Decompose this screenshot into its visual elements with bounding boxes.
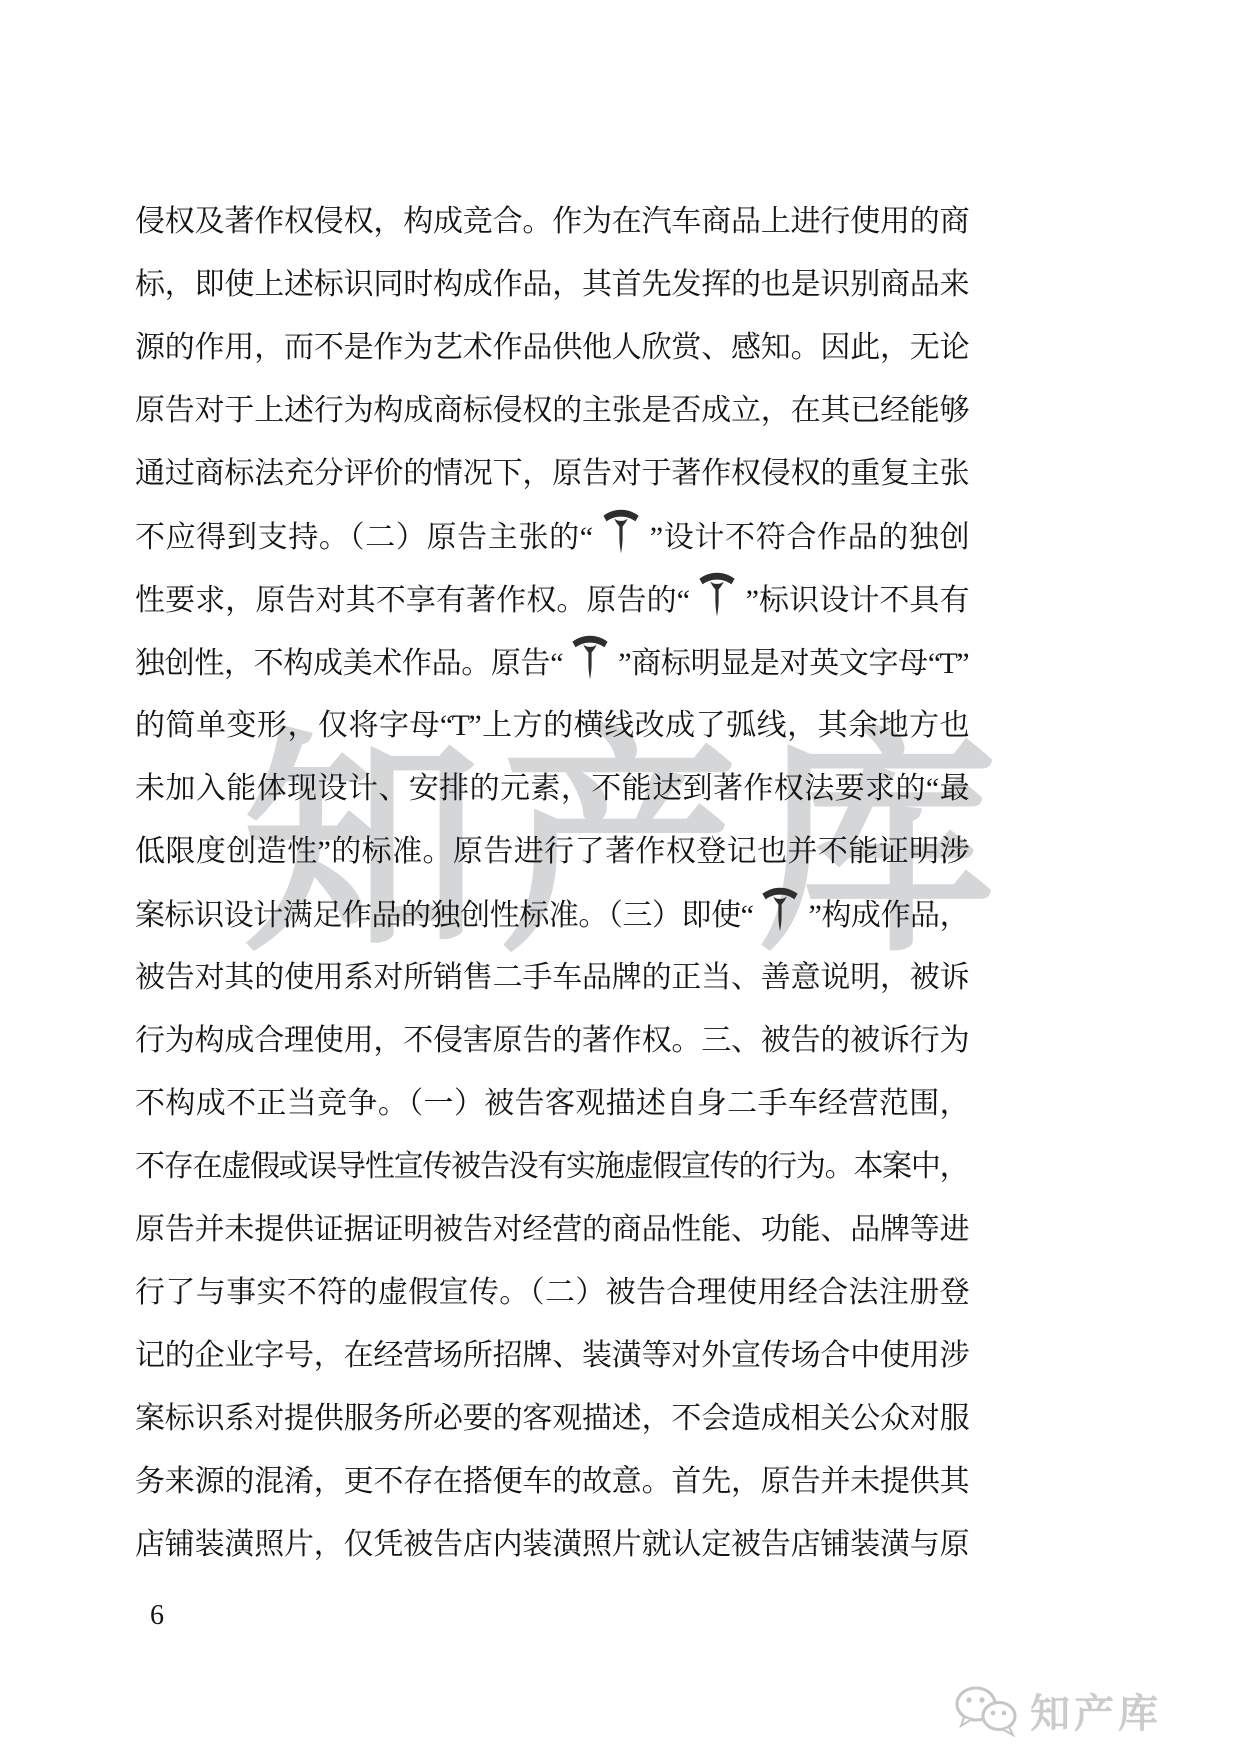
body-text-segment: 侵权及著作权侵权，构成竞合。作为在汽车商品上进行使用的商: [135, 205, 968, 238]
body-line-17: 原告并未提供证据证明被告对经营的商品性能、功能、品牌等进: [135, 1198, 968, 1261]
body-line-14: 行为构成合理使用，不侵害原告的著作权。三、被告的被诉行为: [135, 1009, 968, 1072]
body-line-12: 案标识设计满足作品的独创性标准。（三）即使“ ”构成作品，: [135, 883, 968, 946]
brand-footer: 知产库: [952, 1682, 1162, 1739]
body-text-segment: 不构成不正当竞争。（一）被告客观描述自身二手车经营范围，: [135, 1087, 968, 1120]
body-text-segment: 低限度创造性”的标准。原告进行了著作权登记也并不能证明涉: [135, 835, 968, 868]
document-page: 知产库 侵权及著作权侵权，构成竞合。作为在汽车商品上进行使用的商标，即使上述标识…: [0, 0, 1240, 1753]
body-line-21: 务来源的混淆，更不存在搭便车的故意。首先，原告并未提供其: [135, 1450, 968, 1513]
body-line-6: 不应得到支持。（二）原告主张的“ ”设计不符合作品的独创: [135, 505, 968, 568]
body-text-segment: 独创性，不构成美术作品。原告“: [135, 647, 562, 680]
body-text-segment: 记的企业字号，在经营场所招牌、装潢等对外宣传场合中使用涉: [135, 1339, 968, 1372]
document-body: 侵权及著作权侵权，构成竞合。作为在汽车商品上进行使用的商标，即使上述标识同时构成…: [135, 190, 968, 1576]
body-line-4: 原告对于上述行为构成商标侵权的主张是否成立，在其已经能够: [135, 379, 968, 442]
body-line-1: 侵权及著作权侵权，构成竞合。作为在汽车商品上进行使用的商: [135, 190, 968, 253]
body-line-15: 不构成不正当竞争。（一）被告客观描述自身二手车经营范围，: [135, 1072, 968, 1135]
body-line-22: 店铺装潢照片，仅凭被告店内装潢照片就认定被告店铺装潢与原: [135, 1513, 968, 1576]
brand-name: 知产库: [1030, 1682, 1162, 1739]
body-line-8: 独创性，不构成美术作品。原告“ ”商标明显是对英文字母“T”: [135, 631, 968, 694]
body-text-segment: 不存在虚假或误导性宣传被告没有实施虚假宣传的行为。本案中，: [135, 1150, 968, 1183]
body-text-segment: 店铺装潢照片，仅凭被告店内装潢照片就认定被告店铺装潢与原: [135, 1528, 968, 1561]
body-text-segment: ”商标明显是对英文字母“T”: [618, 647, 968, 680]
body-text-segment: 未加入能体现设计、安排的元素，不能达到著作权法要求的“最: [135, 772, 968, 805]
body-line-2: 标，即使上述标识同时构成作品，其首先发挥的也是识别商品来: [135, 253, 968, 316]
body-text-segment: 通过商标法充分评价的情况下，原告对于著作权侵权的重复主张: [135, 457, 968, 490]
tesla-t-logo-icon: [570, 631, 610, 683]
body-text-segment: 行了与事实不符的虚假宣传。（二）被告合理使用经合法注册登: [135, 1276, 968, 1309]
body-text-segment: 案标识设计满足作品的独创性标准。（三）即使“: [135, 899, 752, 932]
body-text-segment: 被告对其的使用系对所销售二手车品牌的正当、善意说明，被诉: [135, 961, 968, 994]
body-line-9: 的简单变形，仅将字母“T”上方的横线改成了弧线，其余地方也: [135, 694, 968, 757]
body-line-20: 案标识系对提供服务所必要的客观描述，不会造成相关公众对服: [135, 1387, 968, 1450]
page-number: 6: [150, 1596, 164, 1636]
body-text-segment: 务来源的混淆，更不存在搭便车的故意。首先，原告并未提供其: [135, 1465, 968, 1498]
body-text-segment: 标，即使上述标识同时构成作品，其首先发挥的也是识别商品来: [135, 268, 968, 301]
body-text-segment: 的简单变形，仅将字母“T”上方的横线改成了弧线，其余地方也: [135, 709, 968, 742]
body-text-segment: 不应得到支持。（二）原告主张的“: [135, 521, 591, 554]
body-line-11: 低限度创造性”的标准。原告进行了著作权登记也并不能证明涉: [135, 820, 968, 883]
body-line-5: 通过商标法充分评价的情况下，原告对于著作权侵权的重复主张: [135, 442, 968, 505]
body-text-segment: 源的作用，而不是作为艺术作品供他人欣赏、感知。因此，无论: [135, 331, 968, 364]
body-line-3: 源的作用，而不是作为艺术作品供他人欣赏、感知。因此，无论: [135, 316, 968, 379]
tesla-t-logo-icon: [697, 568, 737, 620]
body-line-10: 未加入能体现设计、安排的元素，不能达到著作权法要求的“最: [135, 757, 968, 820]
body-text-segment: 原告对于上述行为构成商标侵权的主张是否成立，在其已经能够: [135, 394, 968, 427]
body-line-19: 记的企业字号，在经营场所招牌、装潢等对外宣传场合中使用涉: [135, 1324, 968, 1387]
body-line-7: 性要求，原告对其不享有著作权。原告的“ ”标识设计不具有: [135, 568, 968, 631]
tesla-t-logo-icon: [601, 505, 641, 557]
body-line-16: 不存在虚假或误导性宣传被告没有实施虚假宣传的行为。本案中，: [135, 1135, 968, 1198]
body-line-13: 被告对其的使用系对所销售二手车品牌的正当、善意说明，被诉: [135, 946, 968, 1009]
body-text-segment: ”构成作品，: [809, 899, 969, 932]
body-text-segment: 案标识系对提供服务所必要的客观描述，不会造成相关公众对服: [135, 1402, 968, 1435]
body-text-segment: 原告并未提供证据证明被告对经营的商品性能、功能、品牌等进: [135, 1213, 968, 1246]
body-text-segment: 性要求，原告对其不享有著作权。原告的“: [135, 584, 688, 617]
body-text-segment: ”标识设计不具有: [746, 584, 968, 617]
body-text-segment: 行为构成合理使用，不侵害原告的著作权。三、被告的被诉行为: [135, 1024, 968, 1057]
body-line-18: 行了与事实不符的虚假宣传。（二）被告合理使用经合法注册登: [135, 1261, 968, 1324]
tesla-t-logo-icon: [760, 883, 800, 935]
body-text-segment: ”设计不符合作品的独创: [650, 521, 968, 554]
body-text-block: 侵权及著作权侵权，构成竞合。作为在汽车商品上进行使用的商标，即使上述标识同时构成…: [135, 190, 968, 1576]
wechat-icon: [952, 1683, 1020, 1739]
